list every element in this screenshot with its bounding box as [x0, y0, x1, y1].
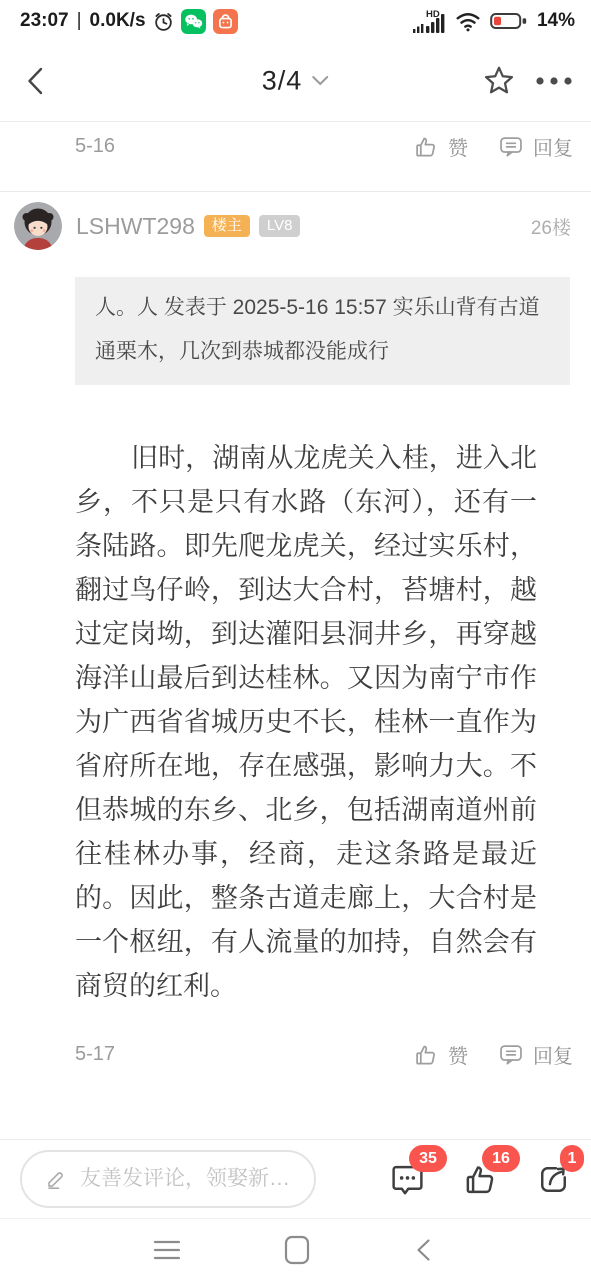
avatar[interactable]	[14, 202, 62, 250]
post-footer: 5-17 赞 回复	[0, 1040, 591, 1084]
like-label: 赞	[448, 132, 468, 161]
more-button[interactable]	[531, 59, 577, 103]
wechat-app-icon	[181, 9, 206, 34]
system-nav-bar	[0, 1218, 591, 1280]
reply-bubble-icon	[498, 134, 524, 160]
reply-button[interactable]: 回复	[498, 1040, 573, 1069]
comment-bar: 35 16 1	[0, 1139, 591, 1218]
share-count-badge: 1	[560, 1145, 584, 1172]
post-body: 旧时，湖南从龙虎关入桂，进入北乡，不只是只有水路（东河），还有一条陆路。即先爬龙…	[75, 436, 537, 1008]
home-button[interactable]	[270, 1226, 324, 1274]
back-button[interactable]	[16, 59, 56, 103]
post-date: 5-16	[75, 135, 115, 158]
like-button[interactable]: 赞	[413, 1040, 468, 1069]
status-bar: 23:07 | 0.0K/s	[0, 0, 591, 42]
page-selector[interactable]: 3/4	[262, 65, 330, 96]
likes-count-badge: 16	[482, 1145, 520, 1172]
pencil-icon	[44, 1167, 68, 1191]
share-button[interactable]: 1	[533, 1154, 573, 1198]
nav-bar: 3/4	[0, 42, 591, 119]
recents-button[interactable]	[140, 1226, 194, 1274]
favorite-button[interactable]	[477, 59, 521, 103]
like-label: 赞	[448, 1040, 468, 1069]
reply-button[interactable]: 回复	[498, 132, 573, 161]
battery-icon	[490, 11, 528, 31]
signal-icon: HD	[412, 8, 446, 34]
owner-badge: 楼主	[204, 215, 250, 237]
comment-input[interactable]	[80, 1167, 300, 1191]
previous-post-footer: 5-16 赞 回复	[0, 121, 591, 192]
back-icon	[24, 66, 48, 96]
post-date: 5-17	[75, 1043, 115, 1066]
likes-button[interactable]: 16	[460, 1154, 500, 1198]
net-speed: 0.0K/s	[90, 10, 146, 32]
alarm-clock-icon	[153, 11, 174, 32]
reply-label: 回复	[533, 132, 573, 161]
like-button[interactable]: 赞	[413, 132, 468, 161]
thumbs-up-icon	[413, 134, 439, 160]
floor-number: 26楼	[531, 213, 571, 240]
thumbs-up-icon	[413, 1042, 439, 1068]
reply-label: 回复	[533, 1040, 573, 1069]
wifi-icon	[455, 9, 481, 33]
comment-input-pill[interactable]	[20, 1150, 316, 1208]
home-icon	[284, 1235, 310, 1265]
comments-count-badge: 35	[409, 1145, 447, 1172]
chevron-down-icon	[311, 75, 329, 87]
clock-time: 23:07	[20, 10, 69, 32]
battery-percent: 14%	[537, 10, 575, 32]
orange-app-icon	[213, 9, 238, 34]
level-badge: LV8	[259, 215, 301, 237]
reply-bubble-icon	[498, 1042, 524, 1068]
post-header: LSHWT298 楼主 LV8 26楼	[14, 201, 571, 251]
username[interactable]: LSHWT298	[76, 213, 195, 240]
star-icon	[481, 63, 517, 99]
menu-icon	[152, 1239, 182, 1261]
more-icon	[534, 76, 574, 86]
app-screen: 23:07 | 0.0K/s	[0, 0, 591, 1280]
comments-button[interactable]: 35	[387, 1154, 427, 1198]
system-back-button[interactable]	[396, 1226, 450, 1274]
quoted-reply[interactable]: 人。人 发表于 2025-5-16 15:57 实乐山背有古道通栗木，几次到恭城…	[75, 277, 570, 385]
back-icon	[415, 1238, 432, 1262]
quote-text: 人。人 发表于 2025-5-16 15:57 实乐山背有古道通栗木，几次到恭城…	[95, 286, 550, 374]
page-indicator: 3/4	[262, 65, 303, 96]
status-separator: |	[77, 10, 82, 32]
